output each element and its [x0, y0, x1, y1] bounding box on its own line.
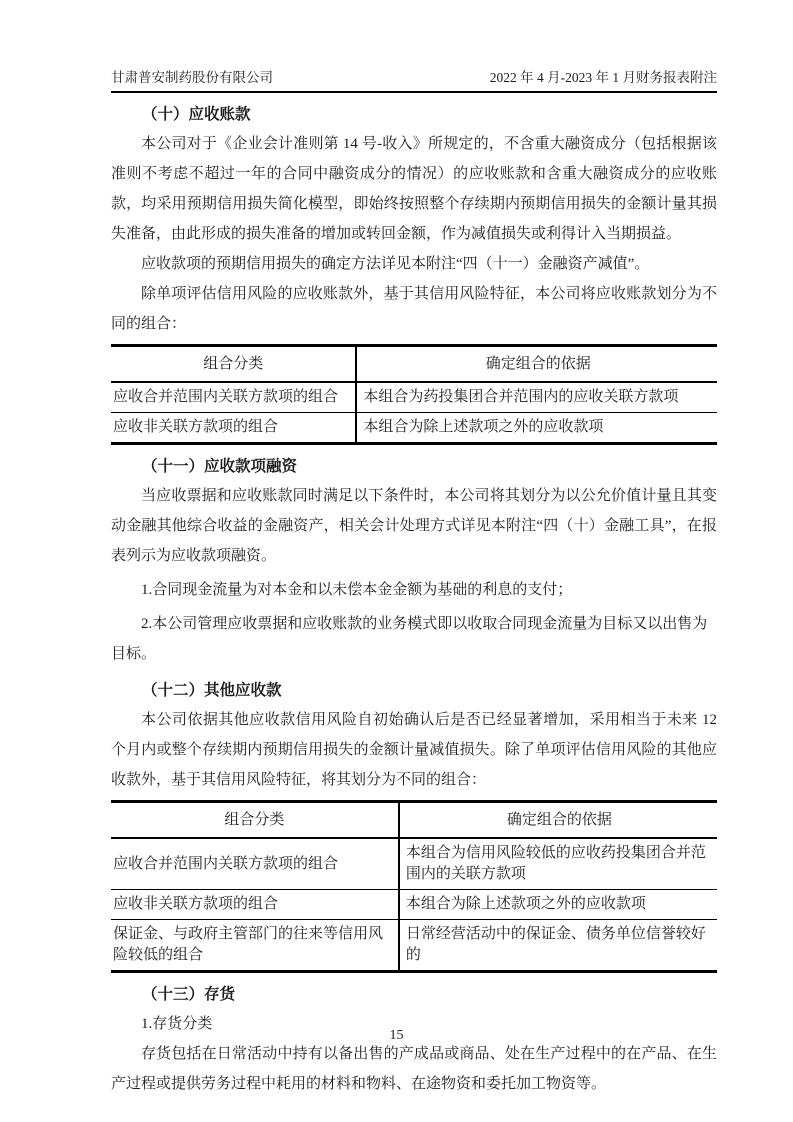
table1-header-basis: 确定组合的依据: [356, 346, 717, 383]
table-receivable-portfolios: 组合分类 确定组合的依据 应收合并范围内关联方款项的组合 本组合为药投集团合并范…: [111, 344, 717, 445]
section-heading-13-inventories: （十三）存货: [111, 984, 717, 1006]
table1-cell-r2-basis: 本组合为除上述款项之外的应收款项: [356, 413, 717, 444]
section-heading-12-other-receivables: （十二）其他应收款: [111, 680, 717, 702]
page-header: 甘肃普安制药股份有限公司 2022 年 4 月-2023 年 1 月财务报表附注: [111, 66, 717, 93]
table2-cell-r3-basis: 日常经营活动中的保证金、债务单位信誉较好的: [399, 920, 717, 972]
list-item-s11-1: 1.合同现金流量为对本金和以未偿本金金额为基础的利息的支付；: [111, 575, 717, 605]
paragraph-s10-policy: 本公司对于《企业会计准则第 14 号-收入》所规定的，不含重大融资成分（包括根据…: [111, 129, 717, 249]
table1-cell-r1-basis: 本组合为药投集团合并范围内的应收关联方款项: [356, 382, 717, 413]
document-page: 甘肃普安制药股份有限公司 2022 年 4 月-2023 年 1 月财务报表附注…: [0, 0, 793, 1122]
table-row: 应收合并范围内关联方款项的组合 本组合为信用风险较低的应收药投集团合并范围内的关…: [111, 838, 717, 890]
page-number: 15: [0, 1028, 793, 1044]
table-row: 应收非关联方款项的组合 本组合为除上述款项之外的应收款项: [111, 413, 717, 444]
table1-header-portfolio: 组合分类: [111, 346, 356, 383]
section-heading-10-accounts-receivable: （十）应收账款: [111, 104, 717, 126]
paragraph-s11-policy: 当应收票据和应收账款同时满足以下条件时，本公司将其划分为以公允价值计量且其变动金…: [111, 481, 717, 571]
table2-cell-r2-portfolio: 应收非关联方款项的组合: [111, 890, 399, 920]
table2-cell-r1-portfolio: 应收合并范围内关联方款项的组合: [111, 838, 399, 890]
header-company-name: 甘肃普安制药股份有限公司: [111, 66, 273, 86]
table1-cell-r1-portfolio: 应收合并范围内关联方款项的组合: [111, 382, 356, 413]
table-row: 应收非关联方款项的组合 本组合为除上述款项之外的应收款项: [111, 890, 717, 920]
paragraph-s13-definition: 存货包括在日常活动中持有以备出售的产成品或商品、处在生产过程中的在产品、在生产过…: [111, 1039, 717, 1099]
table2-header-basis: 确定组合的依据: [399, 802, 717, 839]
table-row: 保证金、与政府主管部门的往来等信用风险较低的组合 日常经营活动中的保证金、债务单…: [111, 920, 717, 972]
table-header-row: 组合分类 确定组合的依据: [111, 346, 717, 383]
paragraph-s12-policy: 本公司依据其他应收款信用风险自初始确认后是否已经显著增加，采用相当于未来 12 …: [111, 705, 717, 795]
paragraph-s10-grouping: 除单项评估信用风险的应收账款外，基于其信用风险特征，本公司将应收账款划分为不同的…: [111, 279, 717, 339]
section-heading-11-receivables-financing: （十一）应收款项融资: [111, 456, 717, 478]
table2-header-portfolio: 组合分类: [111, 802, 399, 839]
paragraph-s10-ecl-method: 应收款项的预期信用损失的确定方法详见本附注“四（十一）金融资产减值”。: [111, 249, 717, 279]
table2-cell-r1-basis: 本组合为信用风险较低的应收药投集团合并范围内的关联方款项: [399, 838, 717, 890]
list-item-s11-2: 2.本公司管理应收票据和应收账款的业务模式即以收取合同现金流量为目标又以出售为目…: [111, 609, 717, 669]
table1-cell-r2-portfolio: 应收非关联方款项的组合: [111, 413, 356, 444]
table2-cell-r2-basis: 本组合为除上述款项之外的应收款项: [399, 890, 717, 920]
header-report-title: 2022 年 4 月-2023 年 1 月财务报表附注: [490, 66, 717, 86]
table-other-receivable-portfolios: 组合分类 确定组合的依据 应收合并范围内关联方款项的组合 本组合为信用风险较低的…: [111, 800, 717, 973]
table-header-row: 组合分类 确定组合的依据: [111, 802, 717, 839]
table-row: 应收合并范围内关联方款项的组合 本组合为药投集团合并范围内的应收关联方款项: [111, 382, 717, 413]
table2-cell-r3-portfolio: 保证金、与政府主管部门的往来等信用风险较低的组合: [111, 920, 399, 972]
